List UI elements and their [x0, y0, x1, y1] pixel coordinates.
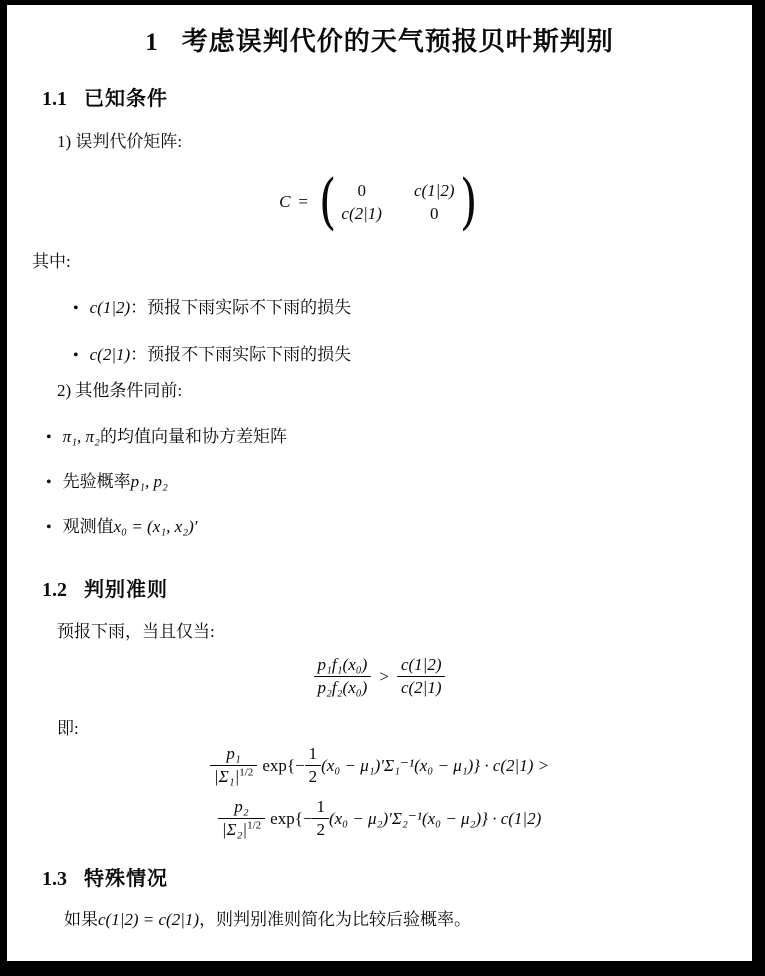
- document-page: 1考虑误判代价的天气预报贝叶斯判别 1.1 已知条件 1) 误判代价矩阵: C …: [0, 0, 765, 976]
- list-item-text: c(2|1)：预报不下雨实际下雨的损失: [90, 345, 352, 365]
- list-item-text: 观测值x₀ = (x₁, x₂)′: [63, 517, 198, 537]
- list-item-text: π₁, π₂的均值向量和协方差矩阵: [63, 427, 287, 447]
- list-item-text: c(1|2)：预报下雨实际不下雨的损失: [90, 298, 352, 318]
- cost-ratio-fraction: c(1|2) c(2|1): [397, 654, 446, 699]
- list-item: • 先验概率p₁, p₂: [46, 472, 752, 493]
- list-item-text: 先验概率p₁, p₂: [63, 472, 168, 492]
- rain-iff-label: 预报下雨，当且仅当:: [57, 622, 752, 642]
- one-half-fraction: 1 2: [312, 796, 329, 841]
- likelihood-ratio-fraction: p₁f₁(x₀) p₂f₂(x₀): [314, 654, 372, 699]
- that-is-label: 即:: [57, 719, 752, 739]
- bullet-icon: •: [73, 346, 79, 366]
- quadratic-form-term: (x₀ − μ₁)′Σ₁⁻¹(x₀ − μ₁)} · c(2|1) >: [321, 756, 549, 776]
- matrix-cells: 0 c(1|2) c(2|1) 0: [341, 181, 454, 224]
- matrix-cell: c(2|1): [341, 204, 382, 224]
- section-heading-criterion: 1.2 判别准则: [42, 579, 752, 601]
- fraction-denominator: |Σ₂|1/2: [218, 818, 265, 841]
- among-label: 其中:: [32, 252, 752, 272]
- matrix-lhs: C: [279, 192, 290, 212]
- page-title: 1考虑误判代价的天气预报贝叶斯判别: [7, 24, 752, 62]
- density-coef-fraction: p₂ |Σ₂|1/2: [218, 796, 265, 841]
- exp-operator: exp{−: [262, 756, 304, 776]
- equals-sign: =: [298, 192, 308, 212]
- section-heading-known: 1.1 已知条件: [42, 88, 752, 110]
- title-text: 考虑误判代价的天气预报贝叶斯判别: [182, 26, 614, 56]
- bullet-icon: •: [46, 518, 52, 538]
- bullet-icon: •: [46, 428, 52, 448]
- list-item: • c(1|2)：预报下雨实际不下雨的损失: [73, 298, 752, 319]
- bullet-icon: •: [73, 299, 79, 319]
- other-conditions-label: 2) 其他条件同前:: [57, 381, 752, 401]
- cost-matrix-equation: C = ( 0 c(1|2) c(2|1) 0 ): [7, 168, 752, 236]
- greater-than-sign: >: [379, 667, 389, 687]
- quadratic-form-term: (x₀ − μ₂)′Σ₂⁻¹(x₀ − μ₂)} · c(1|2): [329, 809, 541, 829]
- list-item: • c(2|1)：预报不下雨实际下雨的损失: [73, 345, 752, 366]
- list-item: • π₁, π₂的均值向量和协方差矩阵: [46, 427, 752, 448]
- exp-operator: exp{−: [270, 809, 312, 829]
- fraction-denominator: |Σ₁|1/2: [210, 765, 257, 788]
- one-half-fraction: 1 2: [305, 743, 322, 788]
- expanded-inequality-line-2: p₂ |Σ₂|1/2 exp{− 1 2 (x₀ − μ₂)′Σ₂⁻¹(x₀ −…: [7, 796, 752, 841]
- matrix-cell: 0: [357, 181, 366, 201]
- left-paren: (: [319, 170, 337, 234]
- cost-matrix-label: 1) 误判代价矩阵:: [57, 132, 752, 152]
- special-case-paragraph: 如果c(1|2) = c(2|1)，则判别准则简化为比较后验概率。: [64, 910, 752, 930]
- bullet-icon: •: [46, 473, 52, 493]
- section-title: 判别准则: [84, 579, 168, 601]
- list-item: • 观测值x₀ = (x₁, x₂)′: [46, 517, 752, 538]
- right-paren: ): [459, 170, 477, 234]
- section-number: 1.1: [42, 88, 67, 110]
- title-section-number: 1: [145, 29, 158, 56]
- matrix-cell: 0: [430, 204, 439, 224]
- density-coef-fraction: p₁ |Σ₁|1/2: [210, 743, 257, 788]
- section-number: 1.2: [42, 579, 67, 601]
- section-title: 特殊情况: [84, 868, 168, 890]
- section-heading-special: 1.3 特殊情况: [42, 868, 752, 890]
- section-number: 1.3: [42, 868, 67, 890]
- expanded-inequality-line-1: p₁ |Σ₁|1/2 exp{− 1 2 (x₀ − μ₁)′Σ₁⁻¹(x₀ −…: [7, 743, 752, 788]
- section-title: 已知条件: [84, 88, 168, 110]
- matrix-cell: c(1|2): [414, 181, 455, 201]
- criterion-equation: p₁f₁(x₀) p₂f₂(x₀) > c(1|2) c(2|1): [7, 654, 752, 699]
